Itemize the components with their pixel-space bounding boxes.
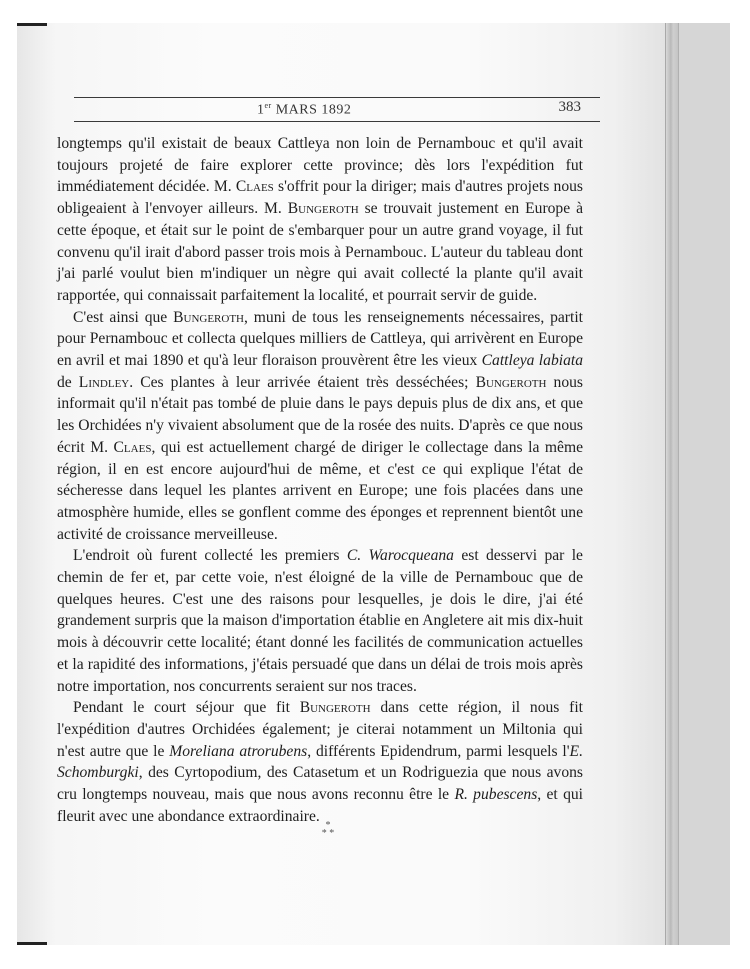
species-name: C. Warocqueana — [347, 547, 454, 564]
proper-name: Lindley — [79, 374, 129, 391]
article-body: longtemps qu'il existait de beaux Cattle… — [57, 133, 583, 828]
asterism-bottom: * * — [313, 830, 343, 838]
text-run: L'endroit où furent collecté les premier… — [73, 547, 347, 564]
proper-name: Bungeroth — [300, 699, 371, 716]
species-name: Moreliana atrorubens — [169, 743, 307, 760]
header-date-day: 1 — [257, 103, 265, 118]
proper-name: Claes — [236, 178, 274, 195]
header-date: 1er MARS 1892 — [257, 101, 351, 119]
text-run: , différents Epidendrum, parmi lesquels … — [307, 743, 569, 760]
proper-name: Bungeroth — [173, 309, 244, 326]
page-number: 383 — [559, 99, 582, 116]
paragraph: longtemps qu'il existait de beaux Cattle… — [57, 133, 583, 307]
adjacent-page-edge — [679, 23, 730, 945]
header-top-rule — [74, 97, 600, 98]
text-run: est desservi par le chemin de fer et, pa… — [57, 547, 583, 694]
species-name: Cattleya labiata — [482, 352, 583, 369]
proper-name: Claes — [114, 439, 152, 456]
species-name: R. pubescens — [454, 786, 537, 803]
header-bottom-rule — [74, 121, 600, 122]
text-run: . Ces plantes à leur arrivée étaient trè… — [129, 374, 475, 391]
paragraph: C'est ainsi que Bungeroth, muni de tous … — [57, 307, 583, 546]
text-run: C'est ainsi que — [73, 309, 173, 326]
proper-name: Bungeroth — [288, 200, 359, 217]
paragraph: L'endroit où furent collecté les premier… — [57, 545, 583, 697]
header-date-month-year: MARS 1892 — [272, 103, 352, 118]
paragraph: Pendant le court séjour que fit Bungerot… — [57, 697, 583, 827]
proper-name: Bungeroth — [476, 374, 547, 391]
text-run: Pendant le court séjour que fit — [73, 699, 300, 716]
running-header: 1er MARS 1892 383 — [57, 99, 583, 119]
text-run: de — [57, 374, 79, 391]
header-date-ordinal: er — [265, 101, 272, 110]
asterism-separator: * * * — [313, 822, 343, 844]
page-fold-shadow — [665, 23, 679, 945]
